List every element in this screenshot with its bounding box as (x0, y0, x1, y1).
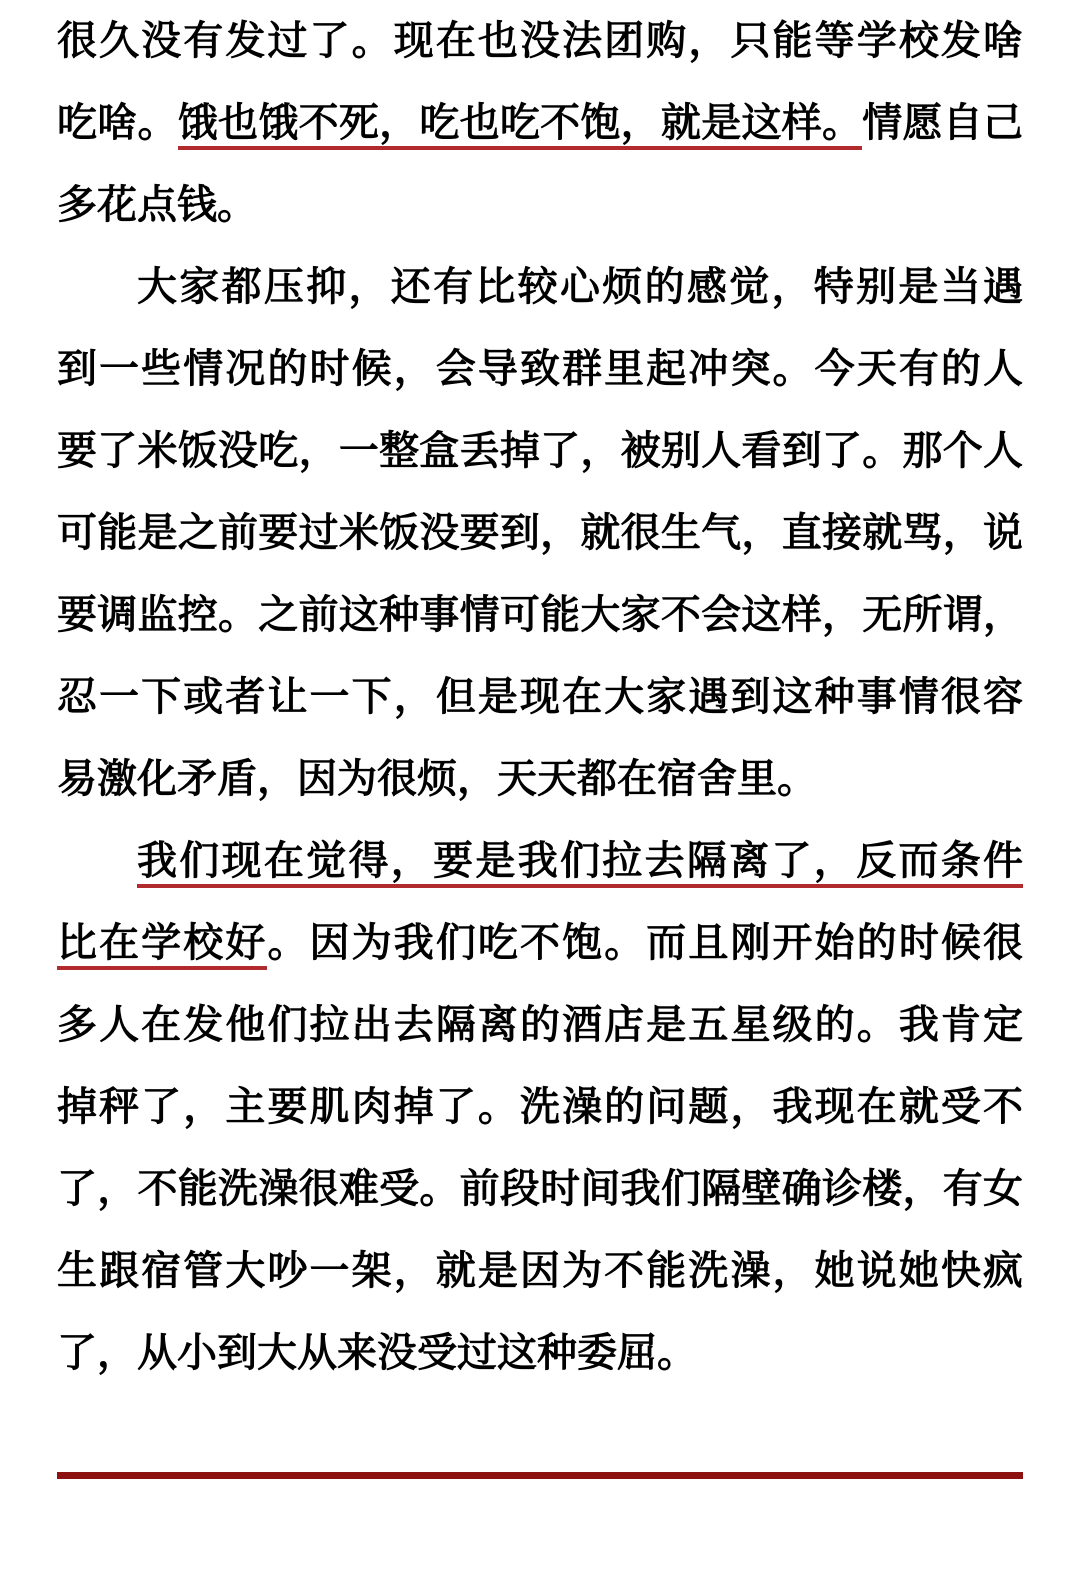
text-segment: 很久没有发过了。现在也没法团购，只能等学校发啥 (57, 18, 1023, 63)
red-underlined-text-segment: 饿也饿不死，吃也吃不饱，就是这样。 (178, 100, 862, 150)
article-line: 多人在发他们拉出去隔离的酒店是五星级的。我肯定 (57, 984, 1023, 1066)
text-segment: 吃啥。 (57, 100, 178, 145)
footer-divider-line (57, 1472, 1023, 1479)
red-underlined-text-segment: 比在学校好 (57, 920, 267, 970)
text-segment: 易激化矛盾，因为很烦，天天都在宿舍里。 (57, 756, 817, 801)
text-segment: 多花点钱。 (57, 182, 257, 227)
article-line: 我们现在觉得，要是我们拉去隔离了，反而条件 (57, 820, 1023, 902)
article-line: 可能是之前要过米饭没要到，就很生气，直接就骂，说 (57, 492, 1023, 574)
text-segment: 到一些情况的时候，会导致群里起冲突。今天有的人 (57, 346, 1023, 391)
text-segment: 掉秤了，主要肌肉掉了。洗澡的问题，我现在就受不 (57, 1084, 1023, 1129)
red-underlined-text-segment: 我们现在觉得，要是我们拉去隔离了，反而条件 (137, 838, 1023, 888)
text-segment: 可能是之前要过米饭没要到，就很生气，直接就骂，说 (57, 510, 1023, 555)
article-line: 忍一下或者让一下，但是现在大家遇到这种事情很容 (57, 656, 1023, 738)
text-segment: 情愿自己 (862, 100, 1023, 145)
article-line: 很久没有发过了。现在也没法团购，只能等学校发啥 (57, 0, 1023, 82)
article-body: 很久没有发过了。现在也没法团购，只能等学校发啥吃啥。饿也饿不死，吃也吃不饱，就是… (57, 0, 1023, 1394)
article-line: 到一些情况的时候，会导致群里起冲突。今天有的人 (57, 328, 1023, 410)
text-segment: 生跟宿管大吵一架，就是因为不能洗澡，她说她快疯 (57, 1248, 1023, 1293)
text-segment: 了，从小到大从来没受过这种委屈。 (57, 1330, 697, 1375)
article-line: 易激化矛盾，因为很烦，天天都在宿舍里。 (57, 738, 1023, 820)
text-segment: 要了米饭没吃，一整盒丢掉了，被别人看到了。那个人 (57, 428, 1023, 473)
text-segment: 多人在发他们拉出去隔离的酒店是五星级的。我肯定 (57, 1002, 1023, 1047)
text-segment: 。因为我们吃不饱。而且刚开始的时候很 (267, 920, 1023, 965)
article-line: 吃啥。饿也饿不死，吃也吃不饱，就是这样。情愿自己 (57, 82, 1023, 164)
article-line: 要调监控。之前这种事情可能大家不会这样，无所谓， (57, 574, 1023, 656)
text-segment: 要调监控。之前这种事情可能大家不会这样，无所谓， (57, 592, 1023, 637)
article-line: 了，从小到大从来没受过这种委屈。 (57, 1312, 1023, 1394)
article-line: 了，不能洗澡很难受。前段时间我们隔壁确诊楼，有女 (57, 1148, 1023, 1230)
article-line: 掉秤了，主要肌肉掉了。洗澡的问题，我现在就受不 (57, 1066, 1023, 1148)
text-segment: 了，不能洗澡很难受。前段时间我们隔壁确诊楼，有女 (57, 1166, 1023, 1211)
text-segment: 大家都压抑，还有比较心烦的感觉，特别是当遇 (137, 264, 1023, 309)
text-segment: 忍一下或者让一下，但是现在大家遇到这种事情很容 (57, 674, 1023, 719)
article-line: 多花点钱。 (57, 164, 1023, 246)
article-line: 生跟宿管大吵一架，就是因为不能洗澡，她说她快疯 (57, 1230, 1023, 1312)
article-line: 要了米饭没吃，一整盒丢掉了，被别人看到了。那个人 (57, 410, 1023, 492)
article-line: 比在学校好。因为我们吃不饱。而且刚开始的时候很 (57, 902, 1023, 984)
article-line: 大家都压抑，还有比较心烦的感觉，特别是当遇 (57, 246, 1023, 328)
